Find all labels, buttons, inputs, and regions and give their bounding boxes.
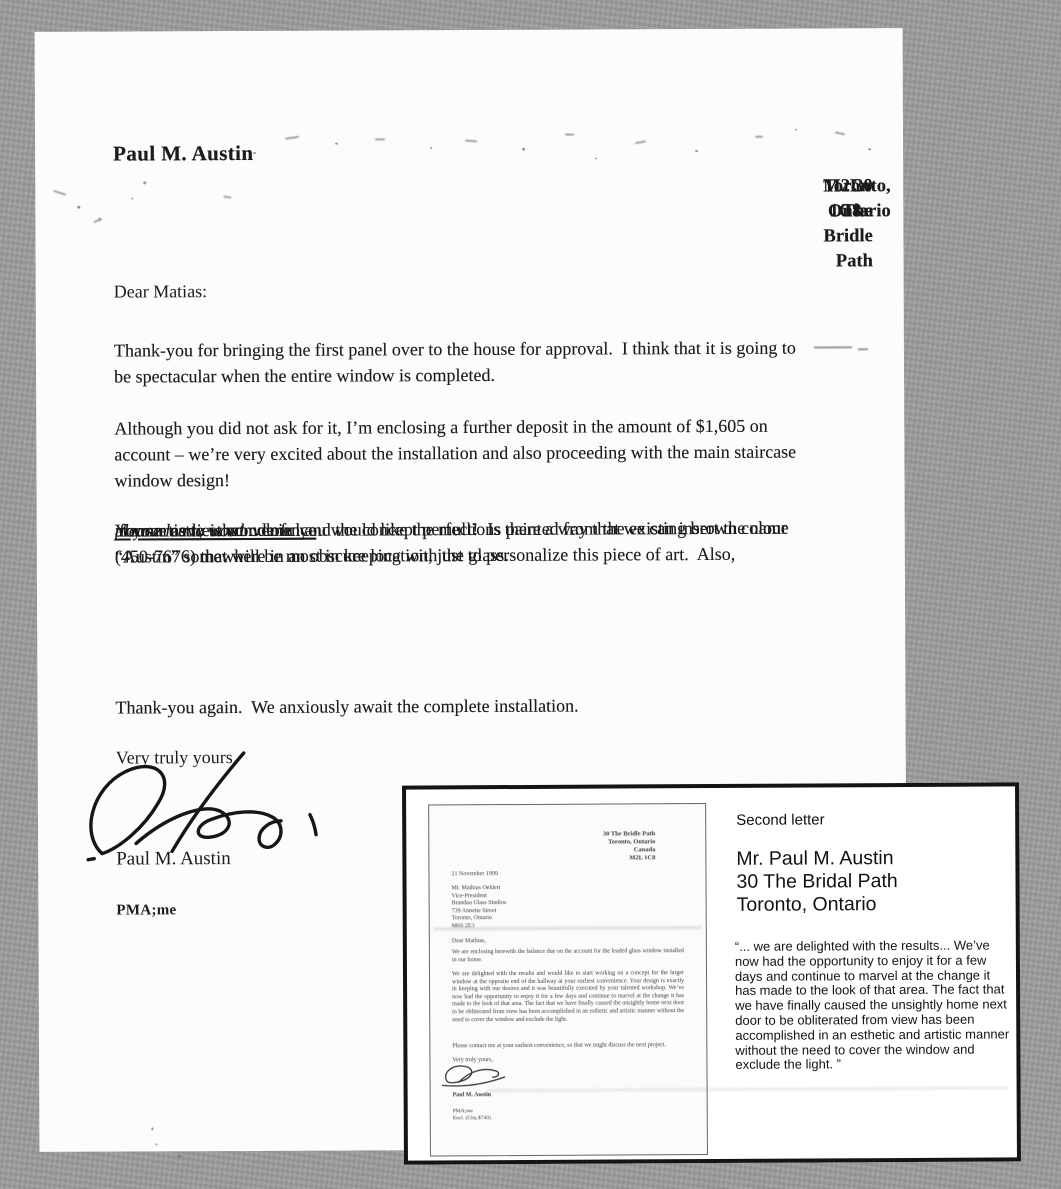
inset-recipient-line: Toronto, Ontario: [737, 893, 898, 917]
body-paragraph-4: Thank-you again. We anxiously await the …: [115, 691, 815, 720]
mini-letter-thumbnail: 30 The Bridle Path Toronto, Ontario Cana…: [428, 803, 708, 1156]
mini-signer-name: Paul M. Austin: [453, 1092, 492, 1098]
second-letter-inset: 30 The Bridle Path Toronto, Ontario Cana…: [402, 782, 1021, 1164]
mini-paragraph-1: We are enclosing herewith the balance du…: [452, 948, 684, 964]
letterhead-name: Paul M. Austin: [113, 141, 253, 167]
reference-initials: PMA;me: [116, 902, 176, 919]
inset-recipient-line: 30 The Bridal Path: [736, 870, 897, 894]
scanned-document: Paul M. Austin: [0, 0, 1061, 1189]
body-paragraph-3: Your artistry is wonderful and the conce…: [115, 514, 815, 517]
mini-signature-scribble: [440, 1060, 506, 1088]
mini-letter-content: 30 The Bridle Path Toronto, Ontario Cana…: [429, 804, 707, 1155]
address-line: M2L 1C8: [823, 174, 861, 224]
scan-streak: [434, 926, 702, 930]
inset-caption-label: Second letter: [736, 811, 824, 828]
signer-name: Paul M. Austin: [116, 848, 231, 870]
inset-recipient-block: Mr. Paul M. Austin 30 The Bridal Path To…: [736, 847, 898, 917]
mini-sender-address: 30 The Bridle Path Toronto, Ontario Cana…: [603, 830, 656, 862]
salutation: Dear Matias:: [114, 281, 208, 302]
mini-salutation: Dear Mathias,: [452, 938, 486, 944]
inset-quote-text: “... we are delighted with the results..…: [735, 938, 1012, 1073]
mini-date: 21 November 1999: [451, 871, 497, 877]
inset-recipient-line: Mr. Paul M. Austin: [736, 847, 897, 871]
mini-recipient-block: Mr. Mathias Oehlert Vice-President Brand…: [452, 885, 507, 930]
mini-reference-initials: PMA;me Encl. (Chq $740): [453, 1108, 491, 1122]
body-paragraph-2: Although you did not ask for it, I’m enc…: [114, 413, 814, 494]
mini-paragraph-2: We are delighted with the results and wo…: [452, 970, 684, 1024]
mini-paragraph-3: Please contact me at your earliest conve…: [452, 1042, 684, 1051]
paragraph-text: for me as to what colour you would like …: [115, 514, 815, 569]
body-paragraph-1: Thank-you for bringing the first panel o…: [114, 335, 814, 390]
